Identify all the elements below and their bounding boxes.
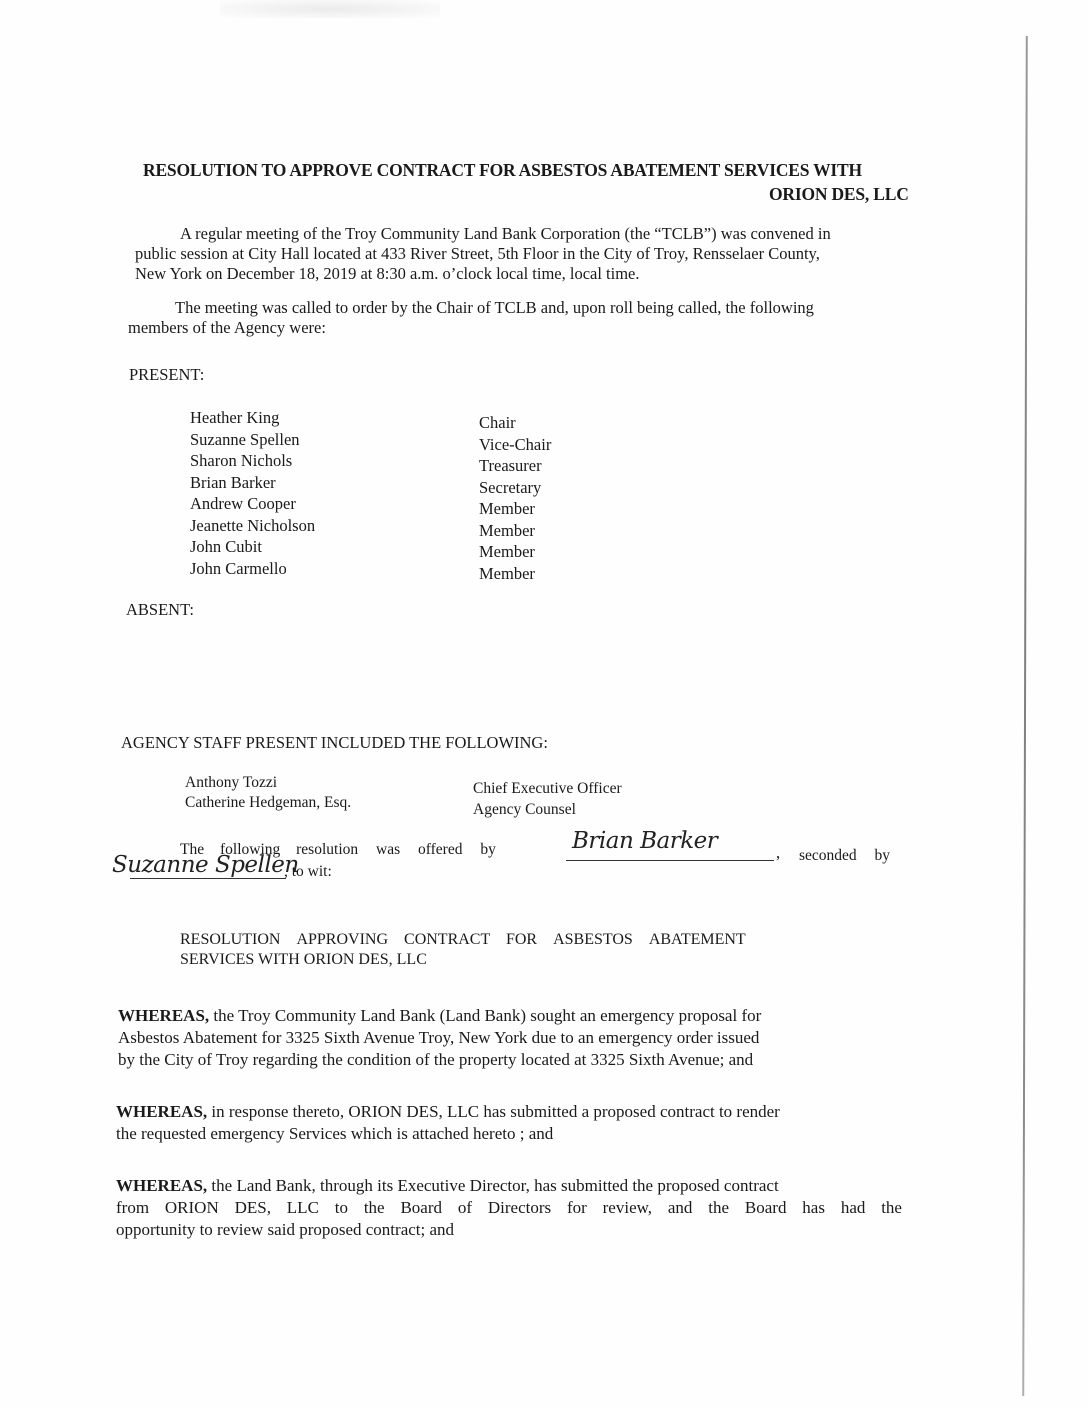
staff-name: Anthony Tozzi: [185, 773, 277, 793]
offered-by-signature: Brian Barker: [572, 828, 717, 854]
member-role: Member: [479, 520, 551, 542]
intro-line3: New York on December 18, 2019 at 8:30 a.…: [135, 264, 640, 284]
seconded-by-text: seconded by: [799, 846, 890, 866]
intro-line1: A regular meeting of the Troy Community …: [180, 224, 831, 244]
member-role: Member: [479, 541, 551, 563]
member-name: Jeanette Nicholson: [190, 515, 315, 537]
whereas-3-line3: opportunity to review said proposed cont…: [116, 1220, 454, 1240]
whereas-1-line1: WHEREAS, the Troy Community Land Bank (L…: [118, 1006, 761, 1026]
seconded-by-signature: Suzanne Spellen: [112, 852, 299, 878]
absent-label: ABSENT:: [126, 600, 194, 620]
roll-call-line2: members of the Agency were:: [128, 318, 326, 338]
member-name: Sharon Nichols: [190, 450, 315, 472]
intro-line2: public session at City Hall located at 4…: [135, 244, 820, 264]
document-title-line1: RESOLUTION TO APPROVE CONTRACT FOR ASBES…: [143, 160, 862, 181]
scan-edge-line: [1022, 36, 1028, 1396]
offered-by-signature-line: [566, 860, 774, 861]
scan-smudge: [220, 0, 440, 18]
member-role: Vice-Chair: [479, 434, 551, 456]
seconded-by-signature-line: [130, 878, 286, 879]
member-role: Treasurer: [479, 455, 551, 477]
staff-heading: AGENCY STAFF PRESENT INCLUDED THE FOLLOW…: [121, 733, 548, 753]
member-role: Member: [479, 498, 551, 520]
whereas-1-line2: Asbestos Abatement for 3325 Sixth Avenue…: [118, 1028, 759, 1048]
motion-comma: ,: [776, 843, 780, 863]
member-name: Brian Barker: [190, 472, 315, 494]
member-name: Andrew Cooper: [190, 493, 315, 515]
whereas-3-line2: from ORION DES, LLC to the Board of Dire…: [116, 1198, 902, 1218]
staff-name: Catherine Hedgeman, Esq.: [185, 793, 351, 813]
member-role: Member: [479, 563, 551, 585]
whereas-1-line3: by the City of Troy regarding the condit…: [118, 1050, 753, 1070]
staff-role: Agency Counsel: [473, 800, 576, 820]
resolution-heading-line1: RESOLUTION APPROVING CONTRACT FOR ASBEST…: [180, 930, 746, 950]
whereas-2-line2: the requested emergency Services which i…: [116, 1124, 553, 1144]
member-name: John Carmello: [190, 558, 315, 580]
whereas-3-line1: WHEREAS, the Land Bank, through its Exec…: [116, 1176, 779, 1196]
whereas-2-line1: WHEREAS, in response thereto, ORION DES,…: [116, 1102, 780, 1122]
document-title-line2: ORION DES, LLC: [769, 184, 909, 205]
member-name: John Cubit: [190, 536, 315, 558]
present-label: PRESENT:: [129, 365, 204, 385]
present-roles-column: Chair Vice-Chair Treasurer Secretary Mem…: [479, 412, 551, 584]
staff-role: Chief Executive Officer: [473, 779, 622, 799]
member-name: Heather King: [190, 407, 315, 429]
resolution-heading-line2: SERVICES WITH ORION DES, LLC: [180, 950, 427, 970]
member-role: Secretary: [479, 477, 551, 499]
member-name: Suzanne Spellen: [190, 429, 315, 451]
to-wit-text: , to wit:: [284, 862, 332, 882]
member-role: Chair: [479, 412, 551, 434]
roll-call-line1: The meeting was called to order by the C…: [175, 298, 814, 318]
present-names-column: Heather King Suzanne Spellen Sharon Nich…: [190, 407, 315, 579]
